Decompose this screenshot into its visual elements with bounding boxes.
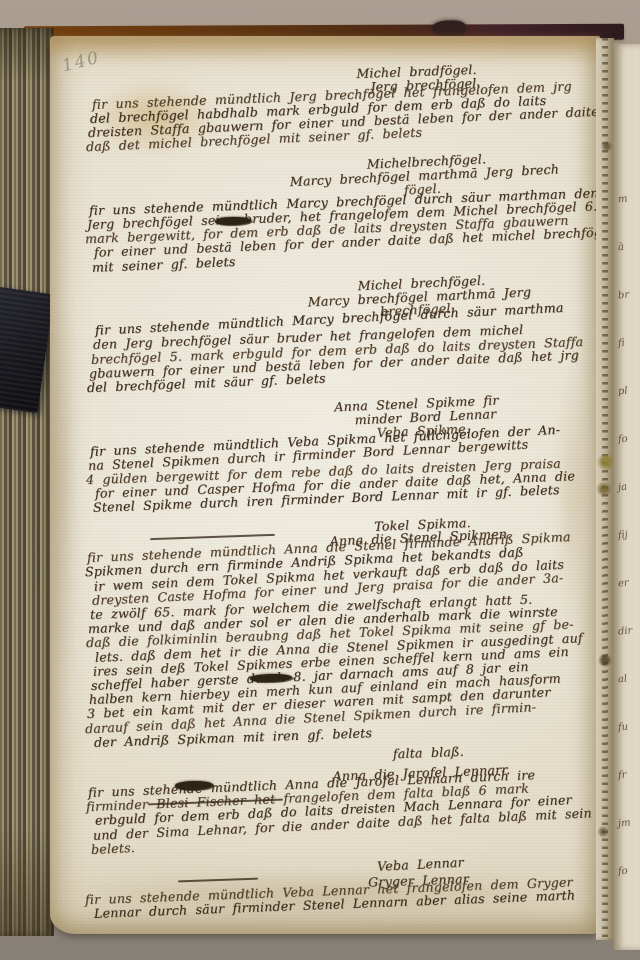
manuscript-section: Tokel Spikma.Anna die Stenel Spikmen.fir…	[90, 524, 592, 765]
facing-page-text-fragment: fij	[618, 530, 629, 542]
photo-scene: 140 Michel bradfögel.Jerg brechfögel.fir…	[0, 0, 640, 960]
manuscript-text: Michel bradfögel.Jerg brechfögel.fir uns…	[90, 70, 592, 928]
paper-stain	[44, 276, 78, 696]
manuscript-section: Anna Stenel Spikme firminder Bord Lennar…	[90, 403, 592, 515]
cover-stain	[432, 20, 466, 36]
facing-page-text-fragment: jm	[618, 817, 632, 829]
facing-page-sliver: màbrfiplfojafijerdiralfufrjmfo	[614, 44, 640, 950]
manuscript-section: Michelbrechfögel.Marcy brechfögel marthm…	[90, 162, 592, 274]
manuscript-section: Anna die Jarofel Lennarr.fir uns stehend…	[90, 772, 592, 857]
facing-page-text-fragment: al	[618, 674, 628, 686]
facing-page-text-fragment: fi	[618, 338, 626, 350]
book-gutter	[596, 38, 614, 940]
facing-page-text-fragment: dir	[618, 625, 633, 637]
facing-page-text-fragment: br	[618, 290, 630, 302]
facing-page-text-fragment: fo	[618, 434, 629, 446]
facing-page-text-fragment: m	[618, 194, 628, 206]
manuscript-section: Michel bradfögel.Jerg brechfögel.fir uns…	[90, 70, 592, 154]
paper-stain	[50, 36, 600, 62]
facing-page-text-fragment: à	[618, 242, 625, 253]
facing-page-text-fragment: pl	[618, 386, 629, 398]
facing-page-text-fragment: fu	[618, 722, 629, 734]
facing-page-text-fragment: er	[618, 578, 630, 590]
facing-page-text-fragment: fr	[618, 770, 627, 782]
manuscript-section: Michel brechfögel.Marcy brechfögel marth…	[90, 283, 592, 395]
handwritten-trailing-line: falta blaß.	[323, 742, 534, 764]
manuscript-section: Veba LennarGryger Lennarfir uns stehende…	[90, 865, 592, 921]
manuscript-page: 140 Michel bradfögel.Jerg brechfögel.fir…	[50, 36, 600, 934]
facing-page-text-fragment: fo	[618, 866, 629, 878]
facing-page-text-fragment: ja	[618, 482, 628, 494]
